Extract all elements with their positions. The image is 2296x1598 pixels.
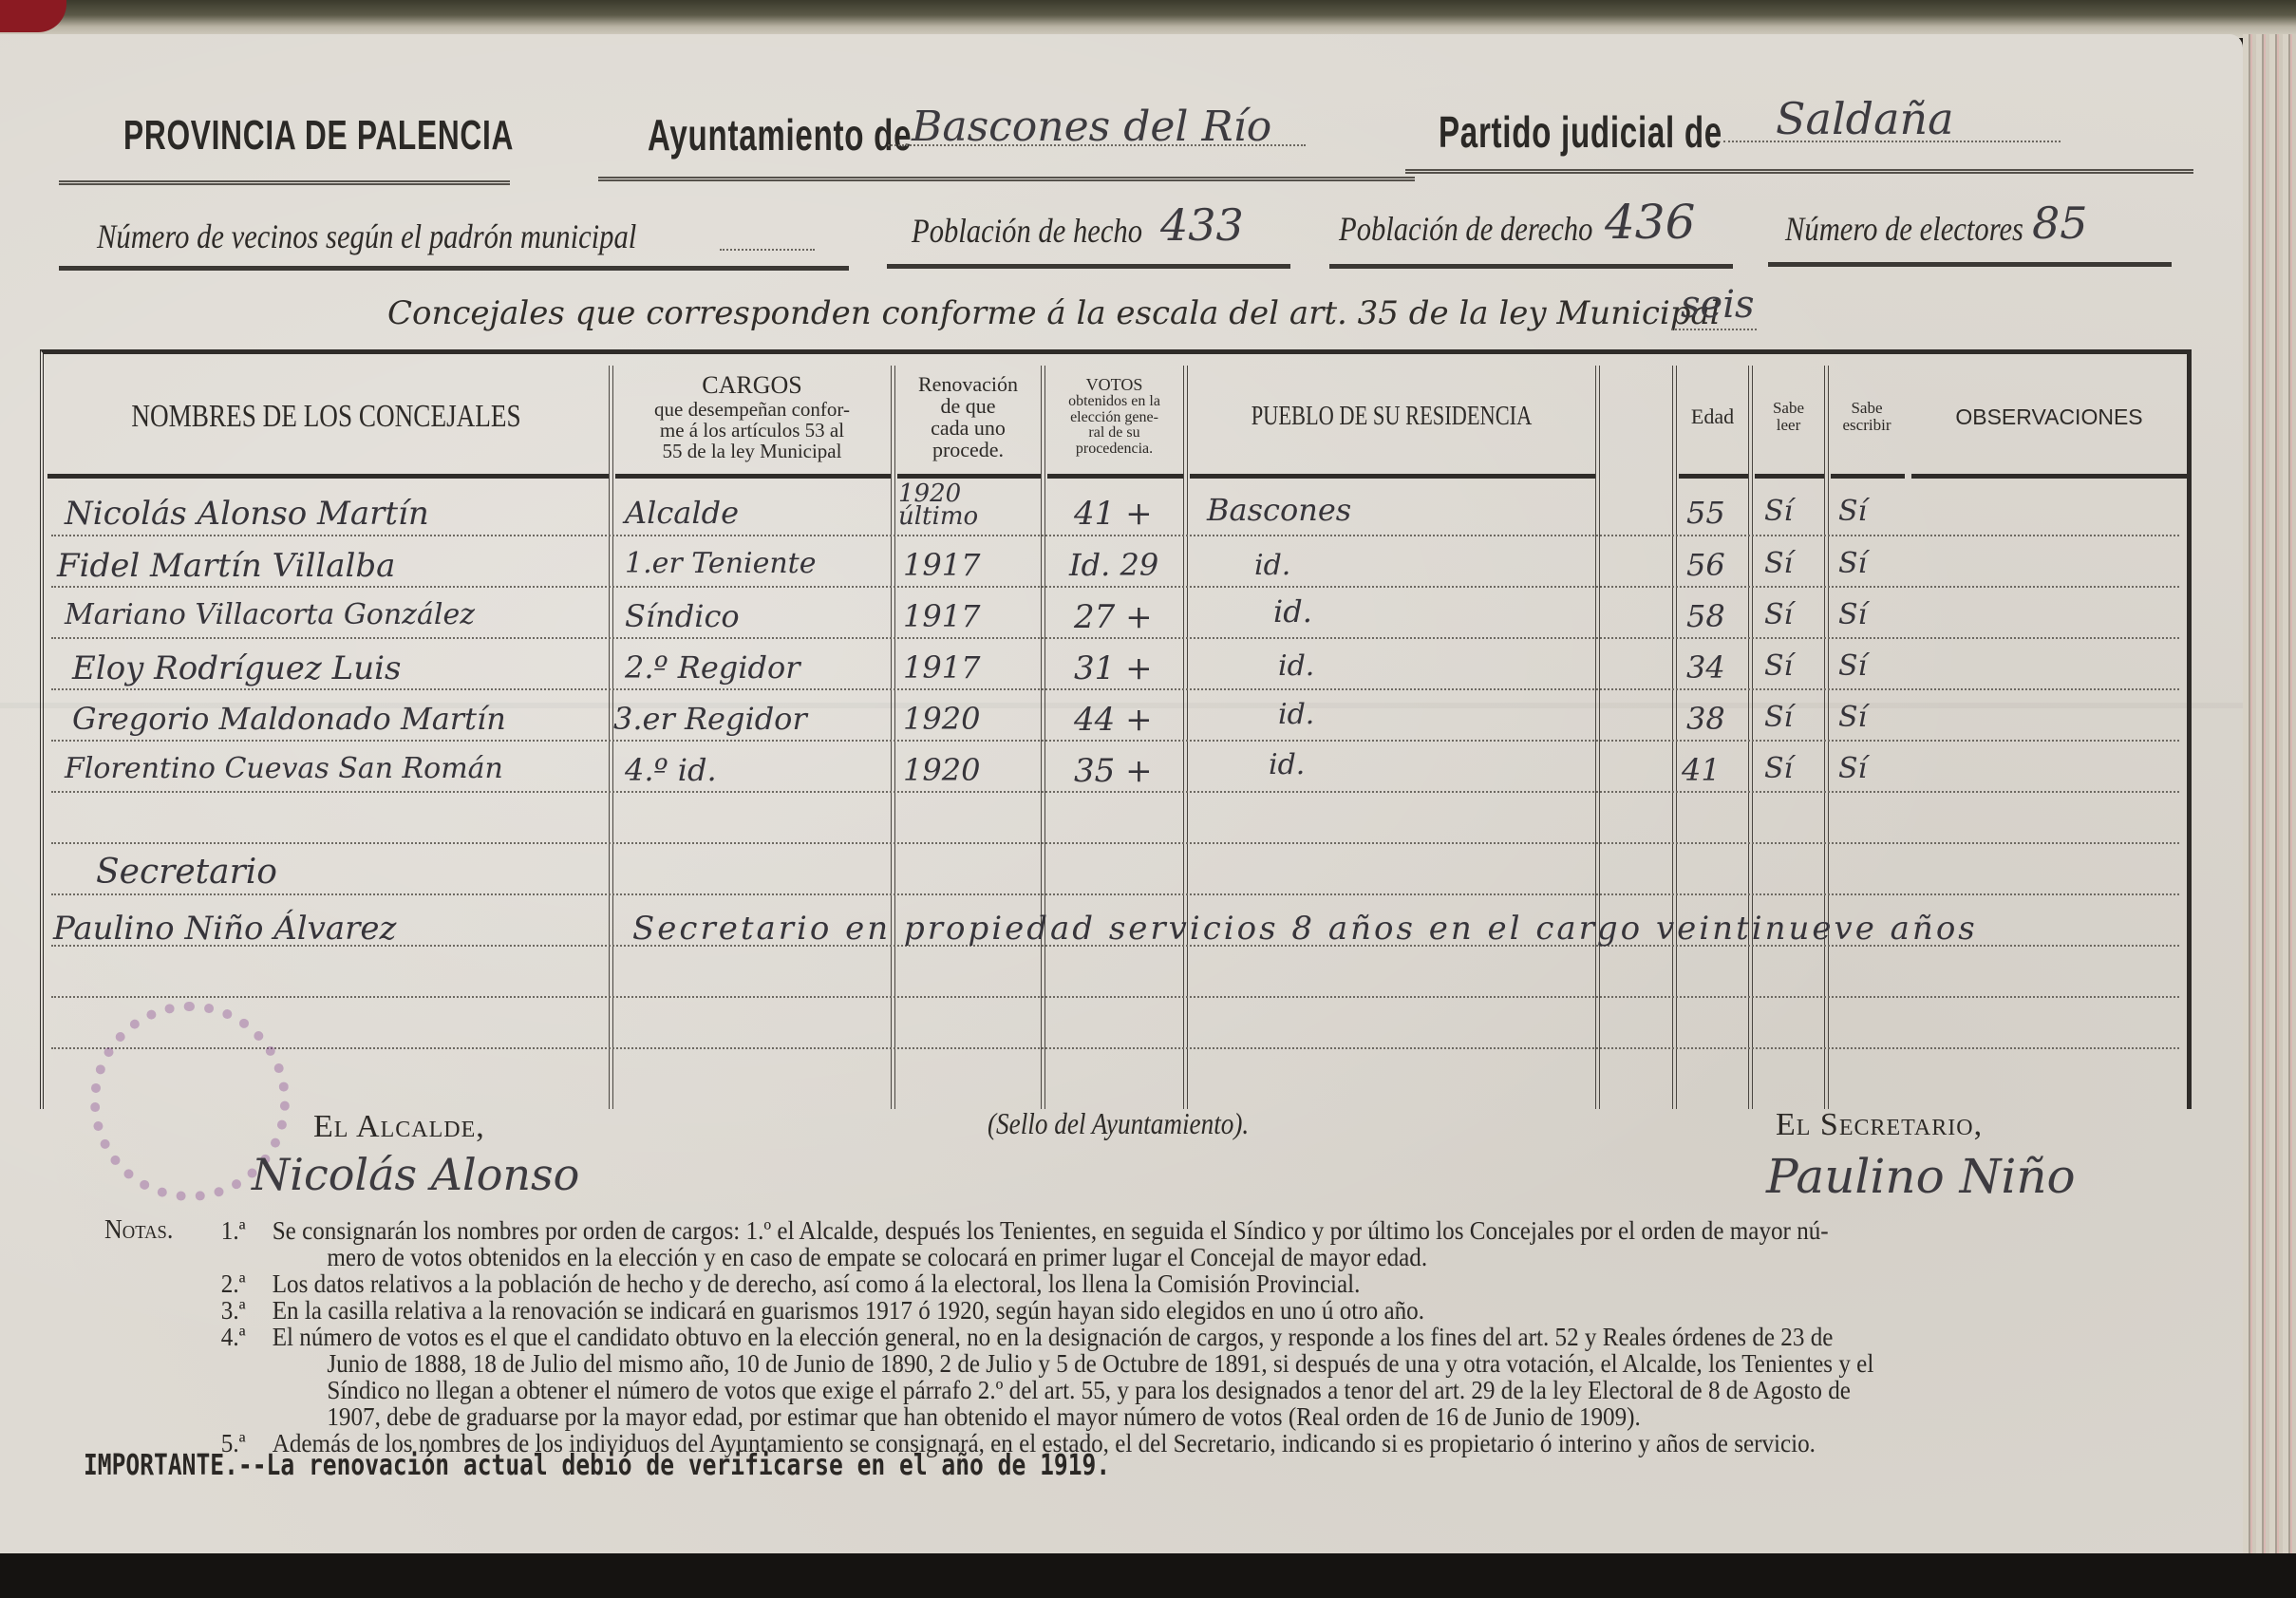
row-rule	[51, 535, 2179, 536]
alcalde-signature: Nicolás Alonso	[252, 1149, 579, 1200]
note-number: 1.ª	[221, 1217, 246, 1244]
concejales-dots	[1671, 329, 1757, 330]
col-header-pueblo: PUEBLO DE SU RESIDENCIA	[1229, 366, 1554, 468]
vecinos-label: Número de vecinos según el padrón munici…	[97, 216, 636, 256]
note-text: Los datos relativos a la población de he…	[273, 1270, 1361, 1297]
header-line: CARGOS	[702, 372, 801, 398]
header-rule	[1911, 474, 2187, 479]
cell-edad: 34	[1686, 649, 1725, 686]
cell-votos: 41 +	[1074, 495, 1153, 533]
cell-pueblo: Bascones	[1207, 492, 1351, 528]
ayuntamiento-rule	[598, 177, 1415, 181]
header-rule	[1679, 474, 1748, 479]
cell-edad: 58	[1686, 598, 1725, 634]
cell-votos: 27 +	[1074, 598, 1153, 636]
cell-edad: 38	[1686, 701, 1725, 737]
ayuntamiento-label: Ayuntamiento de	[648, 109, 912, 160]
note-1: Notas. 1.ª Se consignarán los nombres po…	[104, 1217, 2047, 1244]
cell-votos: 35 +	[1074, 752, 1153, 790]
col-header-cargos: CARGOS que desempeñan confor- me á los a…	[613, 366, 891, 468]
note-number: 4.ª	[221, 1324, 246, 1350]
cell-cargo: Síndico	[625, 598, 740, 634]
sello-label: (Sello del Ayuntamiento).	[988, 1106, 1249, 1141]
secretario-detalle: Secretario en propiedad servicios 8 años…	[632, 910, 1978, 948]
header-line: NOMBRES DE LOS CONCEJALES	[131, 400, 520, 434]
header-line: cada uno	[931, 417, 1006, 439]
note-number: 2.ª	[221, 1270, 246, 1297]
electores-value: 85	[2032, 197, 2088, 249]
header-line: Renovación	[918, 373, 1018, 395]
col-header-votos: VOTOS obtenidos en la elección gene- ral…	[1045, 366, 1183, 468]
row-rule	[51, 996, 2179, 998]
header-line: PUEBLO DE SU RESIDENCIA	[1252, 403, 1533, 430]
poblacion-derecho-label: Población de derecho	[1339, 209, 1592, 249]
cell-cargo: 4.º id.	[625, 752, 717, 788]
cell-renovacion: 1917	[903, 598, 980, 634]
cell-renovacion: 1920 último	[898, 482, 1041, 528]
concejales-table: NOMBRES DE LOS CONCEJALES CARGOS que des…	[40, 349, 2192, 1109]
cell-renovacion: 1920	[903, 701, 980, 737]
note-3: 3.ª En la casilla relativa a la renovaci…	[104, 1297, 2047, 1324]
cell-escribir: Sí	[1838, 701, 1867, 734]
row-rule	[51, 1047, 2179, 1049]
header-line: ral de su	[1088, 425, 1139, 442]
note-4-cont: 1907, debe de graduarse por la mayor eda…	[104, 1403, 2047, 1430]
header-rule	[1047, 474, 1183, 479]
partido-value: Saldaña	[1776, 93, 1954, 144]
cell-leer: Sí	[1764, 598, 1793, 631]
cell-votos: 44 +	[1074, 701, 1153, 739]
header-line: leer	[1777, 417, 1800, 434]
cell-renovacion: 1917	[903, 547, 980, 583]
book-binding-top	[0, 0, 2296, 38]
poblacion-derecho-value: 436	[1605, 195, 1695, 250]
col-header-edad: Edad	[1677, 366, 1748, 468]
cell-renovacion: 1920	[903, 752, 980, 788]
electores-rule	[1768, 262, 2172, 267]
cell-nombre: Fidel Martín Villalba	[57, 547, 395, 585]
notes-section: Notas. 1.ª Se consignarán los nombres po…	[104, 1217, 2193, 1457]
col-header-nombres: NOMBRES DE LOS CONCEJALES	[101, 366, 553, 468]
cell-nombre: Eloy Rodríguez Luis	[72, 649, 401, 687]
cell-leer: Sí	[1764, 752, 1793, 785]
secretario-label: El Secretario,	[1776, 1107, 1983, 1143]
header-line: Sabe	[1773, 400, 1804, 417]
cell-votos: Id. 29	[1069, 547, 1158, 583]
cell-votos: 31 +	[1074, 649, 1153, 687]
cell-nombre: Florentino Cuevas San Román	[65, 752, 503, 785]
cell-pueblo: id.	[1278, 649, 1314, 683]
header-rule	[1755, 474, 1824, 479]
cell-leer: Sí	[1764, 495, 1793, 528]
header-line: elección gene-	[1070, 410, 1158, 426]
book-cover-corner	[0, 0, 66, 32]
cell-escribir: Sí	[1838, 495, 1867, 528]
note-text: Junio de 1888, 18 de Julio del mismo año…	[327, 1350, 1873, 1377]
cell-pueblo: id.	[1273, 593, 1312, 630]
cell-escribir: Sí	[1838, 649, 1867, 683]
note-2: 2.ª Los datos relativos a la población d…	[104, 1270, 2047, 1297]
cell-nombre: Gregorio Maldonado Martín	[72, 701, 506, 737]
cell-cargo: 2.º Regidor	[625, 649, 800, 686]
col-header-renovacion: Renovación de que cada uno procede.	[895, 366, 1041, 468]
row-rule	[51, 688, 2179, 690]
provincia-title: PROVINCIA DE PALENCIA	[123, 112, 514, 160]
header-line: OBSERVACIONES	[1879, 405, 2142, 428]
note-text: 1907, debe de graduarse por la mayor eda…	[327, 1403, 1640, 1430]
cell-leer: Sí	[1764, 649, 1793, 683]
vecinos-rule	[59, 266, 849, 271]
partido-rule	[1405, 169, 2193, 174]
cell-pueblo: id.	[1269, 748, 1305, 781]
provincia-rule	[59, 180, 510, 185]
cell-leer: Sí	[1764, 701, 1793, 734]
row-rule	[51, 740, 2179, 742]
cell-cargo: 1.er Teniente	[625, 547, 817, 580]
header-rule	[615, 474, 891, 479]
cell-pueblo: id.	[1254, 549, 1290, 582]
secretario-nombre: Paulino Niño Álvarez	[53, 910, 396, 948]
secretario-signature: Paulino Niño	[1766, 1149, 2076, 1204]
note-4-cont: Junio de 1888, 18 de Julio del mismo año…	[104, 1350, 2047, 1377]
header-line: procede.	[932, 439, 1004, 461]
notas-label: Notas.	[104, 1217, 173, 1244]
cell-cargo: Alcalde	[625, 495, 739, 531]
cell-cargo: 3.er Regidor	[613, 701, 807, 737]
book-binding-bottom	[0, 1553, 2296, 1598]
header-rule	[1190, 474, 1595, 479]
poblacion-derecho-rule	[1329, 264, 1733, 269]
note-1-cont: mero de votos obtenidos en la elección y…	[104, 1244, 2047, 1270]
note-4: 4.ª El número de votos es el que el cand…	[104, 1324, 2047, 1350]
row-rule	[51, 893, 2179, 895]
row-rule	[51, 586, 2179, 588]
cell-escribir: Sí	[1838, 598, 1867, 631]
poblacion-hecho-rule	[887, 264, 1290, 269]
cell-nombre: Nicolás Alonso Martín	[65, 495, 429, 533]
col-header-sabe-leer: Sabe leer	[1753, 366, 1824, 468]
note-text: Síndico no llegan a obtener el número de…	[327, 1377, 1851, 1403]
col-header-observaciones: OBSERVACIONES	[1831, 366, 2192, 468]
header-rule	[897, 474, 1041, 479]
row-rule	[51, 637, 2179, 639]
note-text: mero de votos obtenidos en la elección y…	[327, 1244, 1427, 1270]
poblacion-hecho-value: 433	[1160, 199, 1244, 251]
ayuntamiento-value: Bascones del Río	[912, 103, 1271, 151]
cell-edad: 41	[1682, 752, 1721, 788]
row-rule	[51, 791, 2179, 793]
electores-label: Número de electores	[1785, 209, 2023, 249]
header-line: de que	[940, 395, 995, 417]
poblacion-hecho-label: Población de hecho	[912, 211, 1142, 251]
alcalde-label: El Alcalde,	[313, 1109, 485, 1145]
cell-nombre: Mariano Villacorta González	[65, 598, 475, 631]
cell-renovacion: 1917	[903, 649, 980, 686]
row-rule	[51, 842, 2179, 844]
cell-leer: Sí	[1764, 547, 1793, 580]
partido-label: Partido judicial de	[1439, 106, 1722, 158]
cell-escribir: Sí	[1838, 752, 1867, 785]
header-line: procedencia.	[1076, 442, 1153, 458]
header-rule	[47, 474, 609, 479]
cell-edad: 56	[1686, 547, 1725, 583]
cell-escribir: Sí	[1838, 547, 1867, 580]
header-line: VOTOS	[1086, 376, 1143, 394]
vecinos-dots	[720, 249, 815, 251]
note-text: En la casilla relativa a la renovación s…	[273, 1297, 1424, 1324]
cell-edad: 55	[1686, 495, 1725, 531]
header-line: me á los artículos 53 al	[660, 420, 844, 441]
cell-pueblo: id.	[1278, 698, 1314, 731]
important-notice: IMPORTANTE.--La renovación actual debió …	[84, 1449, 1110, 1482]
page-edges	[2243, 34, 2296, 1553]
header-line: Edad	[1691, 405, 1734, 427]
header-line: que desempeñan confor-	[654, 399, 850, 420]
note-text: El número de votos es el que el candidat…	[273, 1324, 1834, 1350]
concejales-value: seis	[1681, 283, 1755, 327]
concejales-label: Concejales que corresponden conforme á l…	[387, 294, 1721, 332]
header-line: 55 de la ley Municipal	[663, 441, 842, 461]
note-4-cont: Síndico no llegan a obtener el número de…	[104, 1377, 2047, 1403]
note-text: Se consignarán los nombres por orden de …	[273, 1217, 1829, 1244]
note-number: 3.ª	[221, 1297, 246, 1324]
secretario-heading: Secretario	[96, 853, 277, 892]
header-rule	[1831, 474, 1905, 479]
header-line: obtenidos en la	[1068, 394, 1160, 410]
